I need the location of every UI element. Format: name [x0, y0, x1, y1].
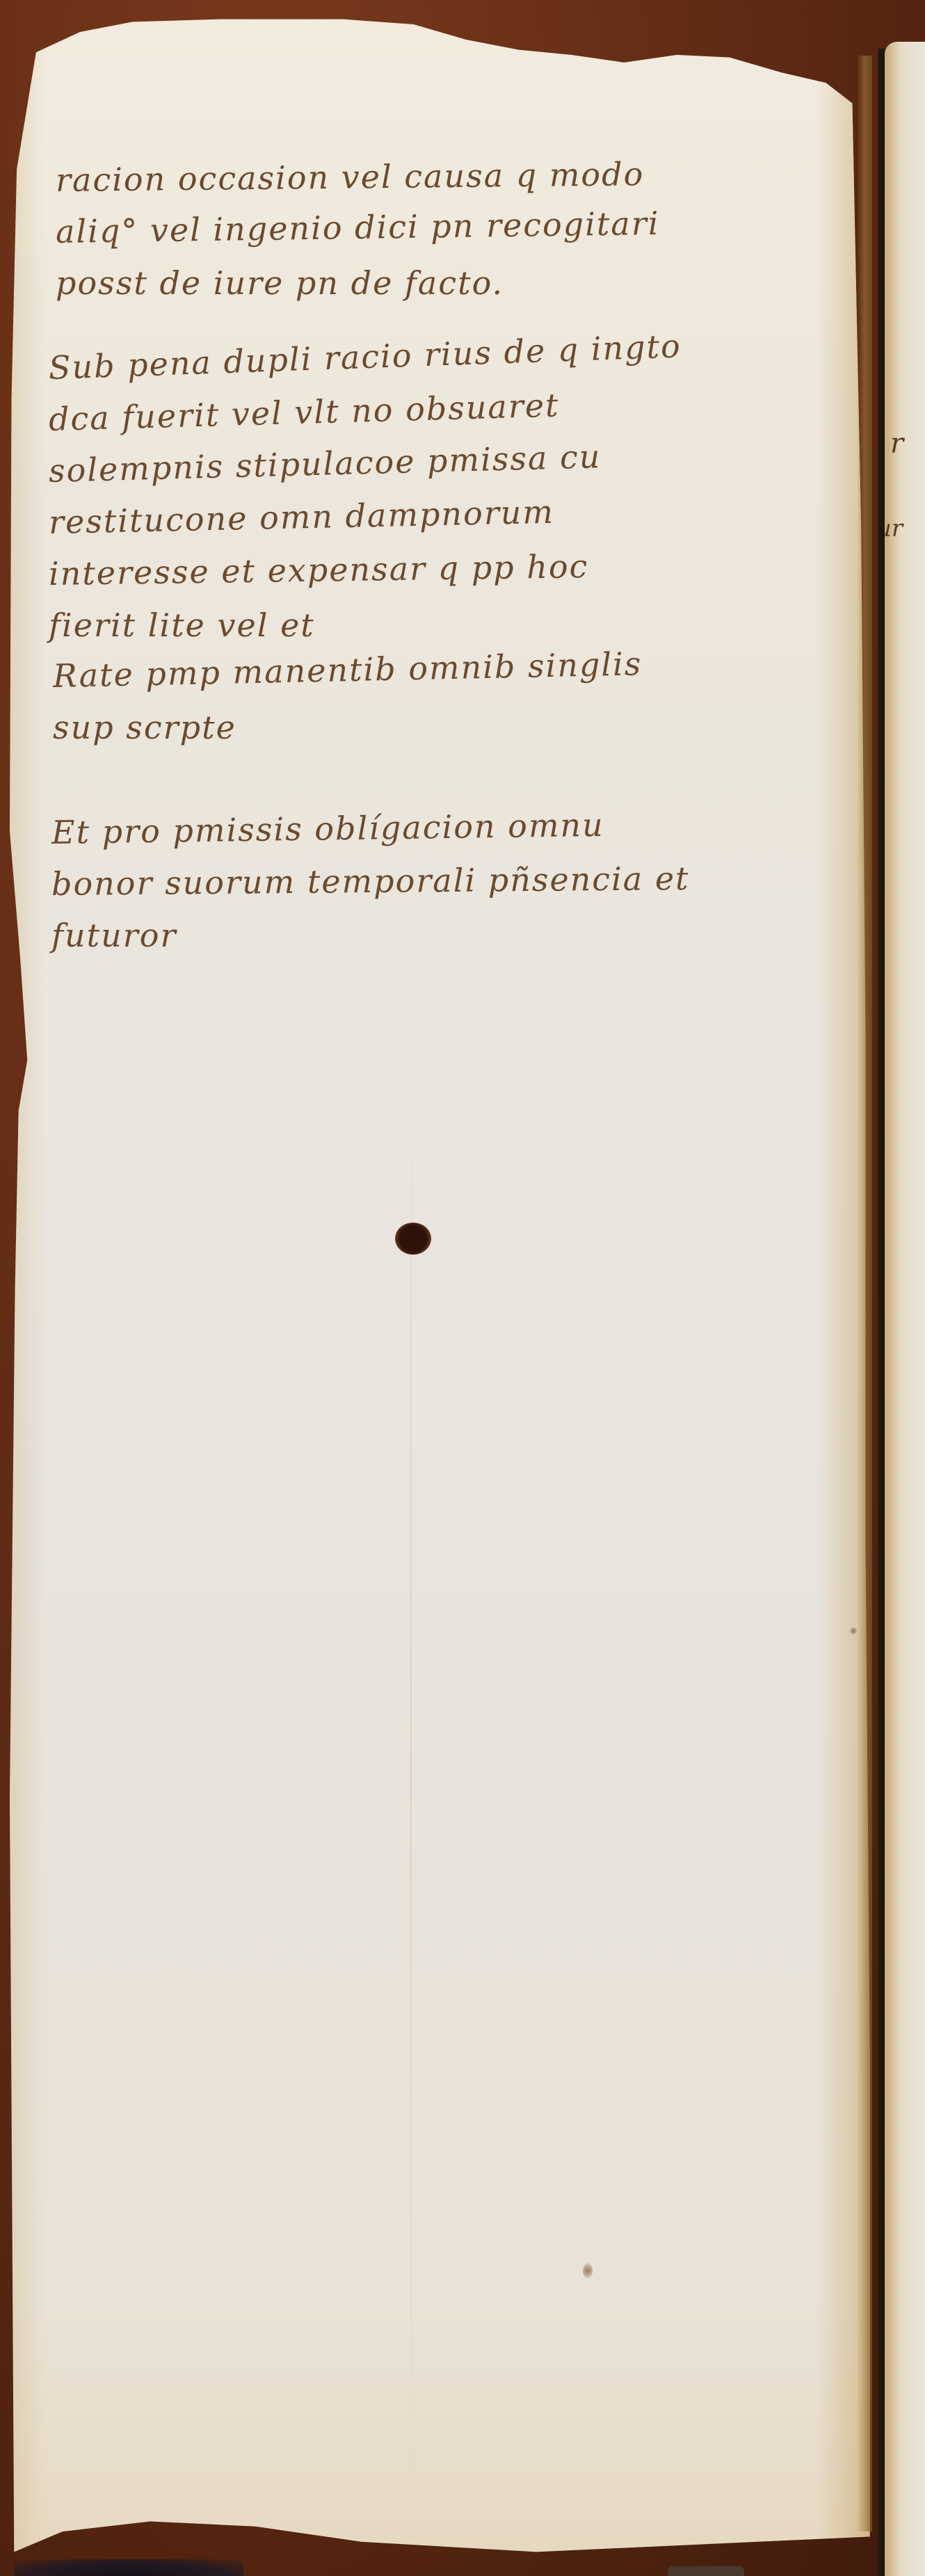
paragraph-2: Sub pena dupli racio rius de q ingto dca… [49, 342, 883, 651]
punched-hole [395, 1223, 431, 1255]
paragraph-1: racion occasion vel causa q modo aliq° v… [56, 154, 890, 309]
text-line: interesse et expensar q pp hoc [48, 536, 883, 599]
table-shadow [14, 2559, 243, 2576]
margin-fragment: r [890, 428, 903, 460]
page-fold-crease [410, 1043, 412, 2504]
text-line: futuror [51, 910, 886, 961]
paragraph-3: Rate pmp manentib omnib singlis sup scrp… [53, 650, 887, 753]
ink-spot [850, 1627, 857, 1634]
table-shadow [668, 2566, 744, 2576]
text-line: sup scrpte [53, 702, 887, 753]
ink-spot [583, 2263, 593, 2278]
paragraph-4: Et pro pmissis oblígacion omnu bonor suo… [51, 807, 886, 961]
adjacent-page-strip: r ur [885, 42, 925, 2576]
text-line: posst de iure pn de facto. [56, 257, 890, 309]
text-line: bonor suorum temporali pñsencia et [51, 851, 887, 910]
text-line: aliq° vel ingenio dici pn recogitari [55, 194, 890, 257]
text-line: Et pro pmissis oblígacion omnu [51, 795, 886, 858]
